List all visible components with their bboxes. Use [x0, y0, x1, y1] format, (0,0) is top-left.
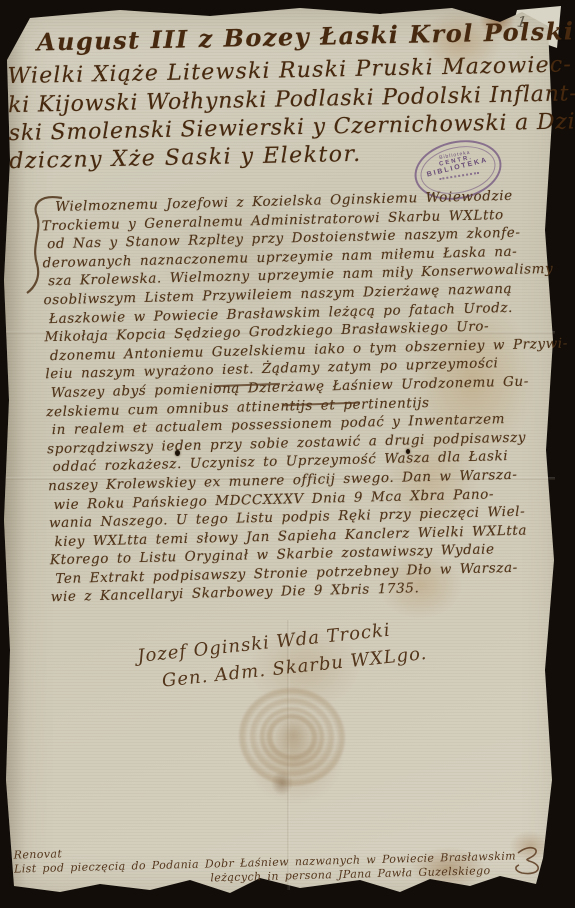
ink-hole: [175, 450, 180, 456]
ink-hole: [406, 449, 410, 454]
manuscript-scan: Biblioteka CENTR. BIBLIOTEKA 1 August II…: [0, 0, 575, 908]
seal-crest: [271, 710, 315, 761]
body-text: Wielmoznemu Jozefowi z Kozielska Oginski…: [41, 186, 565, 607]
royal-intitulation: August III z Bozey Łaski Krol Polski Wie…: [7, 16, 575, 174]
paraph-flourish-icon: [512, 845, 548, 879]
